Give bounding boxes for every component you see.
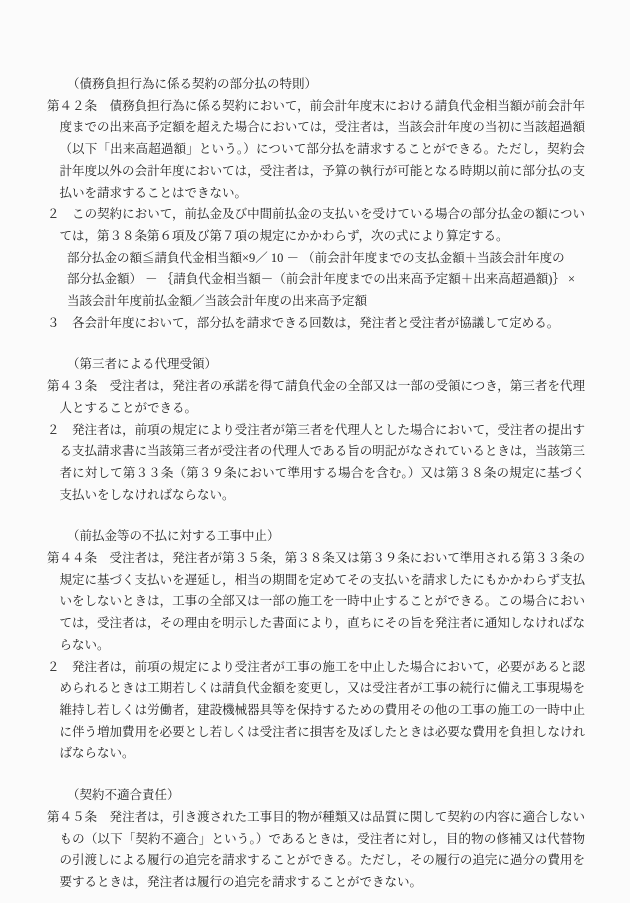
contract-section-article-44: （前払金等の不払に対する工事中止） 第４４条 受注者は，発注者が第３５条，第３８… xyxy=(47,526,585,765)
item-paragraph: ２ この契約において，前払金及び中間前払金の支払いを受けている場合の部分払金の額… xyxy=(47,204,585,247)
formula-line: 部分払金額） － ｛請負代金相当額－（前会計年度までの出来高予定額＋出来高超過額… xyxy=(47,269,585,291)
contract-section-article-43: （第三者による代理受領） 第４３条 受注者は，発注者の承諾を得て請負代金の全部又… xyxy=(47,354,585,506)
section-heading: （債務負担行為に係る契約の部分払の特則） xyxy=(47,74,585,96)
section-heading: （契約不適合責任） xyxy=(47,785,585,807)
contract-section-article-42: （債務負担行為に係る契約の部分払の特則） 第４２条 債務負担行為に係る契約におい… xyxy=(47,74,585,334)
formula-line: 部分払金の額≦請負代金相当額×9／ 10 － （前会計年度までの支払金額＋当該会… xyxy=(47,248,585,270)
section-heading: （第三者による代理受領） xyxy=(47,354,585,376)
article-paragraph: 第４４条 受注者は，発注者が第３５条，第３８条又は第３９条において準用される第３… xyxy=(47,548,585,657)
partial-payment-formula-block: 部分払金の額≦請負代金相当額×9／ 10 － （前会計年度までの支払金額＋当該会… xyxy=(47,248,585,313)
article-paragraph: 第４５条 発注者は，引き渡された工事目的物が種類又は品質に関して契約の内容に適合… xyxy=(47,807,585,894)
article-paragraph: 第４３条 受注者は，発注者の承諾を得て請負代金の全部又は一部の受領につき，第三者… xyxy=(47,376,585,419)
document-page: （債務負担行為に係る契約の部分払の特則） 第４２条 債務負担行為に係る契約におい… xyxy=(0,0,630,903)
item-paragraph: ２ 発注者は，前項の規定により受注者が工事の施工を中止した場合において，必要があ… xyxy=(47,657,585,766)
contract-section-article-45: （契約不適合責任） 第４５条 発注者は，引き渡された工事目的物が種類又は品質に関… xyxy=(47,785,585,894)
formula-line: 当該会計年度前払金額／当該会計年度の出来高予定額 xyxy=(47,291,585,313)
section-heading: （前払金等の不払に対する工事中止） xyxy=(47,526,585,548)
item-paragraph: ２ 発注者は，前項の規定により受注者が第三者を代理人とした場合において，受注者の… xyxy=(47,420,585,507)
item-paragraph: ３ 各会計年度において，部分払を請求できる回数は，発注者と受注者が協議して定める… xyxy=(47,313,585,335)
article-paragraph: 第４２条 債務負担行為に係る契約において，前会計年度末における請負代金相当額が前… xyxy=(47,96,585,205)
